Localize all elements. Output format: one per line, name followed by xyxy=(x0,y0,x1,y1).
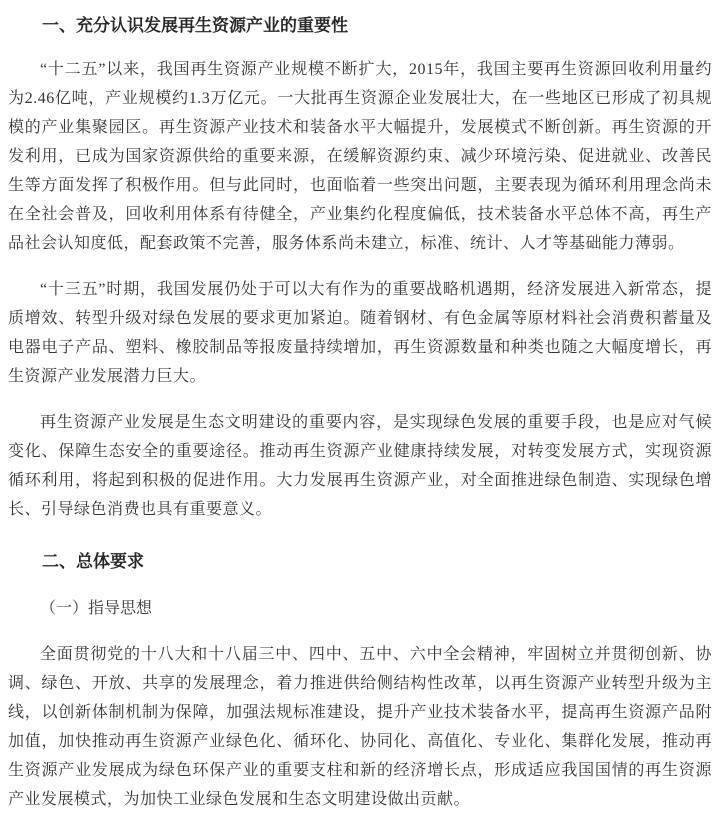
section-heading-overall-requirements: 二、总体要求 xyxy=(8,550,712,574)
document-body: 一、充分认识发展再生资源产业的重要性 “十二五”以来，我国再生资源产业规模不断扩… xyxy=(0,0,720,814)
subsection-heading-guiding-ideology: （一）指导思想 xyxy=(8,594,712,623)
paragraph-13th-five-year: “十三五”时期，我国发展仍处于可以大有作为的重要战略机遇期，经济发展进入新常态，… xyxy=(8,275,712,391)
paragraph-eco-civilization: 再生资源产业发展是生态文明建设的重要内容，是实现绿色发展的重要手段，也是应对气候… xyxy=(8,408,712,524)
section-heading-importance: 一、充分认识发展再生资源产业的重要性 xyxy=(8,14,712,38)
paragraph-12th-five-year: “十二五”以来，我国再生资源产业规模不断扩大，2015年，我国主要再生资源回收利… xyxy=(8,55,712,258)
paragraph-guiding-ideology: 全面贯彻党的十八大和十八届三中、四中、五中、六中全会精神，牢固树立并贯彻创新、协… xyxy=(8,640,712,814)
